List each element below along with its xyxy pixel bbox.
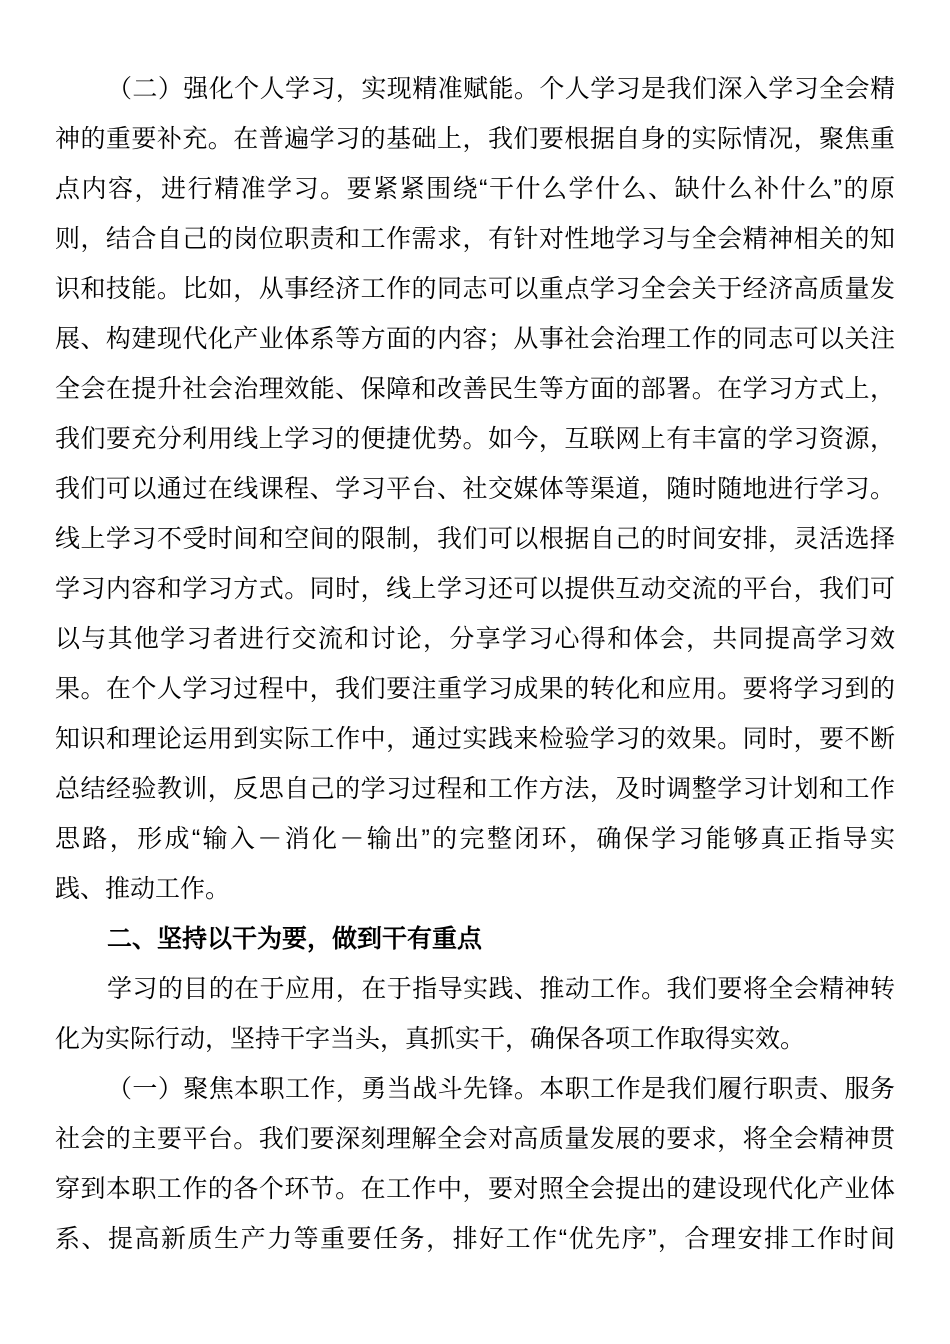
text-line: 知识和理论运用到实际工作中，通过实践来检验学习的效果。同时，要不断	[55, 714, 895, 764]
body-paragraph: （一）聚焦本职工作，勇当战斗先锋。本职工作是我们履行职责、服务社会的主要平台。我…	[55, 1064, 895, 1264]
text-line: 学习内容和学习方式。同时，线上学习还可以提供互动交流的平台，我们可	[55, 564, 895, 614]
text-line: 系、提高新质生产力等重要任务，排好工作“优先序”，合理安排工作时间	[55, 1214, 895, 1264]
text-line: 我们要充分利用线上学习的便捷优势。如今，互联网上有丰富的学习资源，	[55, 414, 895, 464]
text-line: 全会在提升社会治理效能、保障和改善民生等方面的部署。在学习方式上，	[55, 364, 895, 414]
text-line: 践、推动工作。	[55, 864, 895, 914]
text-line: 神的重要补充。在普遍学习的基础上，我们要根据自身的实际情况，聚焦重	[55, 114, 895, 164]
text-line: 则，结合自己的岗位职责和工作需求，有针对性地学习与全会精神相关的知	[55, 214, 895, 264]
text-line: 识和技能。比如，从事经济工作的同志可以重点学习全会关于经济高质量发	[55, 264, 895, 314]
text-line: 以与其他学习者进行交流和讨论，分享学习心得和体会，共同提高学习效	[55, 614, 895, 664]
section-heading: 二、坚持以干为要，做到干有重点	[55, 914, 895, 964]
text-line: 穿到本职工作的各个环节。在工作中，要对照全会提出的建设现代化产业体	[55, 1164, 895, 1214]
document-body: （二）强化个人学习，实现精准赋能。个人学习是我们深入学习全会精神的重要补充。在普…	[55, 64, 895, 1264]
text-line: 化为实际行动，坚持干字当头，真抓实干，确保各项工作取得实效。	[55, 1014, 895, 1064]
text-line: 社会的主要平台。我们要深刻理解全会对高质量发展的要求，将全会精神贯	[55, 1114, 895, 1164]
text-line: 果。在个人学习过程中，我们要注重学习成果的转化和应用。要将学习到的	[55, 664, 895, 714]
document-page: （二）强化个人学习，实现精准赋能。个人学习是我们深入学习全会精神的重要补充。在普…	[0, 0, 950, 1344]
body-paragraph: 学习的目的在于应用，在于指导实践、推动工作。我们要将全会精神转化为实际行动，坚持…	[55, 964, 895, 1064]
text-line: 学习的目的在于应用，在于指导实践、推动工作。我们要将全会精神转	[55, 964, 895, 1014]
text-line: 我们可以通过在线课程、学习平台、社交媒体等渠道，随时随地进行学习。	[55, 464, 895, 514]
heading-text-line: 二、坚持以干为要，做到干有重点	[55, 914, 895, 964]
text-line: 总结经验教训，反思自己的学习过程和工作方法，及时调整学习计划和工作	[55, 764, 895, 814]
text-line: 展、构建现代化产业体系等方面的内容；从事社会治理工作的同志可以关注	[55, 314, 895, 364]
body-paragraph: （二）强化个人学习，实现精准赋能。个人学习是我们深入学习全会精神的重要补充。在普…	[55, 64, 895, 914]
text-line: 思路，形成“输入－消化－输出”的完整闭环，确保学习能够真正指导实	[55, 814, 895, 864]
text-line: （二）强化个人学习，实现精准赋能。个人学习是我们深入学习全会精	[55, 64, 895, 114]
text-line: （一）聚焦本职工作，勇当战斗先锋。本职工作是我们履行职责、服务	[55, 1064, 895, 1114]
text-line: 线上学习不受时间和空间的限制，我们可以根据自己的时间安排，灵活选择	[55, 514, 895, 564]
text-line: 点内容，进行精准学习。要紧紧围绕“干什么学什么、缺什么补什么”的原	[55, 164, 895, 214]
